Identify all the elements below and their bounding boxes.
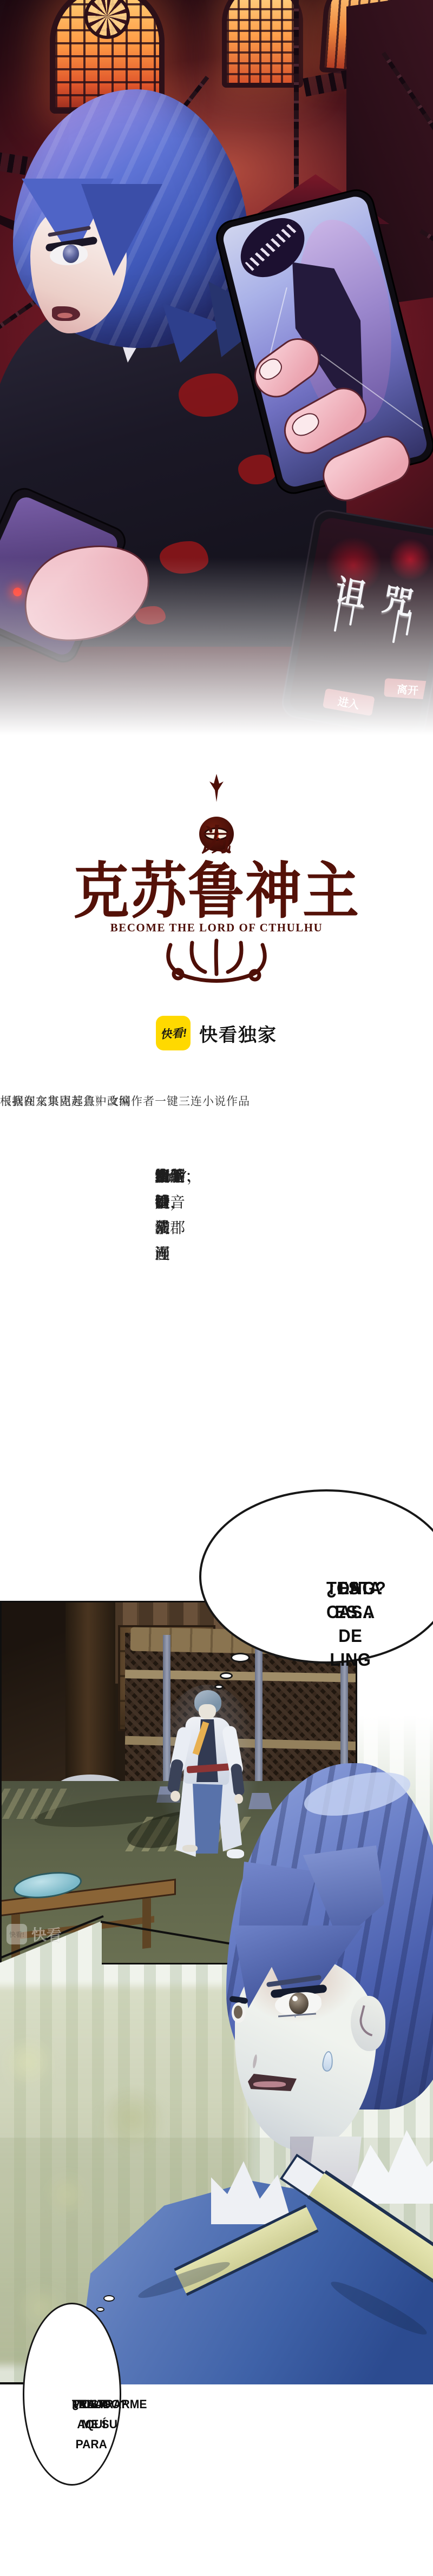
- cover-art: 诅咒 进入 离开: [0, 0, 433, 774]
- publisher-row: 快看! 快看独家: [0, 1015, 433, 1051]
- credit-value: 春雨: [155, 1164, 170, 1215]
- bubble-line: PASADO?: [72, 2394, 127, 2414]
- closeup-character: [0, 1705, 433, 2384]
- adaptation-line2: 《我在东京克苏鲁》改编: [0, 1089, 131, 1114]
- logo-spike-icon: [209, 774, 224, 802]
- monster-teeth: [245, 221, 299, 271]
- thought-bubble-2: ¿ELLA ME TRAJO AQUÍ PARA MOSTRARME SU PA…: [23, 2303, 121, 2486]
- watermark-logo-icon: 快看!: [6, 1924, 27, 1944]
- comic-page: 诅咒 进入 离开 成 为 克苏鲁神主 BECOME THE LORD OF CT…: [0, 0, 433, 2576]
- thought-trail-dot: [231, 1653, 250, 1662]
- series-title: 克苏鲁神主: [0, 842, 433, 930]
- closeup-iris: [234, 2006, 242, 2019]
- eye-glint: [292, 1996, 298, 2001]
- thought-trail-dot: [214, 1684, 224, 1690]
- kuaikan-watermark: 快看! 快看: [6, 1923, 62, 1945]
- kuaikan-logo-icon: 快看!: [156, 1016, 191, 1050]
- mouth-inner: [253, 2081, 286, 2087]
- bubble-line: TONG?: [326, 1576, 386, 1600]
- series-subtitle: BECOME THE LORD OF CTHULHU: [0, 921, 433, 935]
- thought-trail-dot: [220, 1672, 233, 1679]
- protagonist-mouth: [52, 306, 80, 321]
- kuaikan-logo-text: 快看!: [160, 1024, 187, 1042]
- tentacles-icon: [160, 937, 273, 983]
- white-fade: [0, 557, 433, 774]
- watermark-text: 快看: [31, 1923, 62, 1945]
- mouth-inner: [57, 313, 73, 318]
- closeup-iris: [289, 1993, 309, 2014]
- white-collar: [211, 2157, 292, 2224]
- thought-trail-dot: [96, 2307, 104, 2312]
- protagonist-iris: [63, 245, 79, 263]
- exclusive-label: 快看独家: [199, 1020, 277, 1047]
- thought-trail-dot: [103, 2295, 115, 2302]
- blood-splatter: [179, 373, 238, 417]
